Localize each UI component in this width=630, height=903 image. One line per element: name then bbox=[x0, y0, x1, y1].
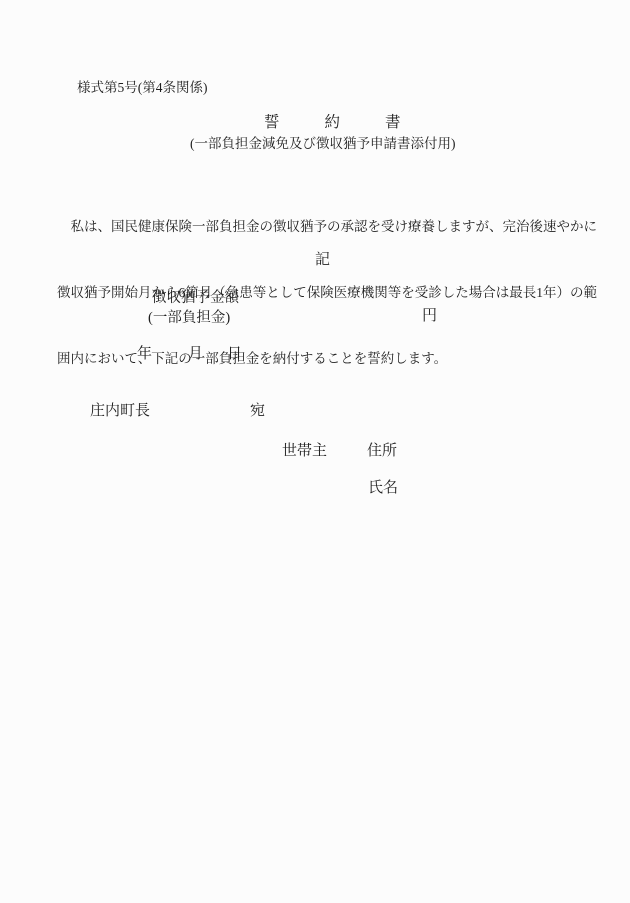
form-number: 様式第5号(第4条関係) bbox=[77, 81, 208, 95]
pledge-form-page: 様式第5号(第4条関係) 誓約書 (一部負担金減免及び徴収猶予申請書添付用) 私… bbox=[0, 0, 630, 903]
document-subtitle: (一部負担金減免及び徴収猶予申請書添付用) bbox=[190, 137, 456, 151]
name-label: 氏名 bbox=[368, 481, 398, 496]
householder-label: 世帯主 bbox=[282, 444, 327, 459]
addressee-name: 庄内町長 bbox=[90, 404, 150, 419]
section-marker: 記 bbox=[315, 253, 330, 268]
date-year-label: 年 bbox=[137, 347, 152, 362]
amount-unit-label: 円 bbox=[422, 309, 437, 324]
document-title: 誓約書 bbox=[264, 115, 446, 131]
body-paragraph-line: 徴収猶予開始月から6箇月（急患等として保険医療機関等を受診した場合は最長1年）の… bbox=[57, 282, 602, 304]
amount-label-line1: 徴収猶予金額 bbox=[152, 291, 239, 306]
date-day-label: 日 bbox=[227, 347, 242, 362]
address-label: 住所 bbox=[367, 444, 397, 459]
amount-label-line2: (一部負担金) bbox=[148, 311, 230, 326]
addressee-suffix: 宛 bbox=[250, 404, 265, 419]
date-month-label: 月 bbox=[188, 347, 203, 362]
body-paragraph: 私は、国民健康保険一部負担金の徴収猶予の承認を受け療養しますが、完治後速やかに … bbox=[57, 172, 602, 414]
body-paragraph-line: 私は、国民健康保険一部負担金の徴収猶予の承認を受け療養しますが、完治後速やかに bbox=[57, 216, 602, 238]
